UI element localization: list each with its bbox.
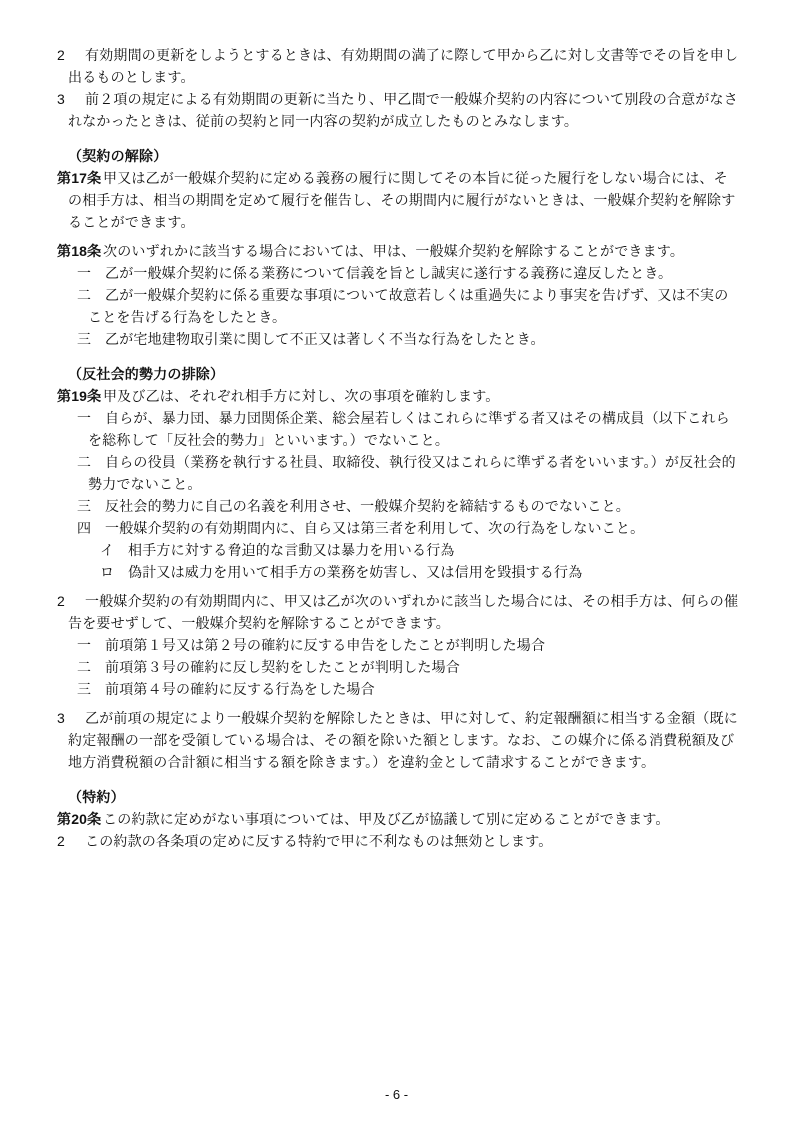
list-marker: イ bbox=[100, 539, 128, 561]
article-clause: 第17条甲又は乙が一般媒介契約に定める義務の履行に関してその本旨に従った履行をし… bbox=[57, 167, 739, 233]
paragraph-text: 自らの役員（業務を執行する社員、取締役、執行役又はこれらに準ずる者をいいます。）… bbox=[88, 454, 736, 492]
list-marker: 二 bbox=[77, 284, 105, 306]
paragraph-text: 有効期間の更新をしようとするときは、有効期間の満了に際して甲から乙に対し文書等で… bbox=[68, 47, 738, 85]
paragraph-text: 次のいずれかに該当する場合においては、甲は、一般媒介契約を解除することができます… bbox=[103, 243, 684, 259]
clause-paragraph: 3前２項の規定による有効期間の更新に当たり、甲乙間で一般媒介契約の内容について別… bbox=[57, 88, 739, 132]
paragraph-text: 反社会的勢力に自己の名義を利用させ、一般媒介契約を締結するものでないこと。 bbox=[105, 498, 630, 514]
list-item: 二前項第３号の確約に反し契約をしたことが判明した場合 bbox=[57, 656, 739, 678]
paragraph-text: （契約の解除） bbox=[68, 148, 167, 164]
paragraph-text: 前項第３号の確約に反し契約をしたことが判明した場合 bbox=[105, 659, 460, 675]
list-marker: 三 bbox=[77, 328, 105, 350]
list-marker: ロ bbox=[100, 561, 128, 583]
article-clause: 第18条次のいずれかに該当する場合においては、甲は、一般媒介契約を解除することが… bbox=[57, 240, 739, 262]
list-marker: 一 bbox=[77, 262, 105, 284]
paragraph-text: 甲又は乙が一般媒介契約に定める義務の履行に関してその本旨に従った履行をしない場合… bbox=[68, 170, 735, 230]
sub-list-item: イ相手方に対する脅迫的な言動又は暴力を用いる行為 bbox=[57, 539, 739, 561]
list-item: 一前項第１号又は第２号の確約に反する申告をしたことが判明した場合 bbox=[57, 634, 739, 656]
list-item: 二乙が一般媒介契約に係る重要な事項について故意若しくは重過失により事実を告げず、… bbox=[57, 284, 739, 328]
clause-paragraph: 2この約款の各条項の定めに反する特約で甲に不利なものは無効とします。 bbox=[57, 830, 739, 852]
document-page: 2有効期間の更新をしようとするときは、有効期間の満了に際して甲から乙に対し文書等… bbox=[0, 0, 793, 1123]
list-marker: 三 bbox=[77, 678, 105, 700]
list-marker: 二 bbox=[77, 451, 105, 473]
paragraph-text: 乙が一般媒介契約に係る重要な事項について故意若しくは重過失により事実を告げず、又… bbox=[88, 287, 728, 325]
list-marker: 第17条 bbox=[57, 167, 103, 189]
article-clause: 第19条甲及び乙は、それぞれ相手方に対し、次の事項を確約します。 bbox=[57, 385, 739, 407]
paragraph-text: 乙が前項の規定により一般媒介契約を解除したときは、甲に対して、約定報酬額に相当す… bbox=[68, 710, 738, 770]
list-marker: 四 bbox=[77, 517, 105, 539]
list-marker: 一 bbox=[77, 407, 105, 429]
list-marker: 2 bbox=[57, 590, 85, 612]
section-heading: （反社会的勢力の排除） bbox=[57, 363, 739, 385]
paragraph-text: この約款の各条項の定めに反する特約で甲に不利なものは無効とします。 bbox=[85, 833, 552, 849]
list-item: 一乙が一般媒介契約に係る業務について信義を旨とし誠実に遂行する義務に違反したとき… bbox=[57, 262, 739, 284]
paragraph-text: （特約） bbox=[68, 789, 125, 805]
list-marker: 第19条 bbox=[57, 385, 103, 407]
list-item: 四一般媒介契約の有効期間内に、自ら又は第三者を利用して、次の行為をしないこと。 bbox=[57, 517, 739, 539]
list-marker: 3 bbox=[57, 88, 85, 110]
list-marker: 二 bbox=[77, 656, 105, 678]
paragraph-text: （反社会的勢力の排除） bbox=[68, 366, 224, 382]
list-marker: 第20条 bbox=[57, 808, 103, 830]
paragraph-text: 甲及び乙は、それぞれ相手方に対し、次の事項を確約します。 bbox=[103, 388, 499, 404]
paragraph-text: この約款に定めがない事項については、甲及び乙が協議して別に定めることができます。 bbox=[103, 811, 670, 827]
list-marker: 第18条 bbox=[57, 240, 103, 262]
list-item: 一自らが、暴力団、暴力団関係企業、総会屋若しくはこれらに準ずる者又はその構成員（… bbox=[57, 407, 739, 451]
list-marker: 三 bbox=[77, 495, 105, 517]
paragraph-text: 自らが、暴力団、暴力団関係企業、総会屋若しくはこれらに準ずる者又はその構成員（以… bbox=[88, 410, 730, 448]
paragraph-text: 乙が一般媒介契約に係る業務について信義を旨とし誠実に遂行する義務に違反したとき。 bbox=[105, 265, 672, 281]
paragraph-text: 一般媒介契約の有効期間内に、甲又は乙が次のいずれかに該当した場合には、その相手方… bbox=[68, 593, 738, 631]
section-heading: （契約の解除） bbox=[57, 145, 739, 167]
paragraph-text: 前項第４号の確約に反する行為をした場合 bbox=[105, 681, 375, 697]
list-item: 三前項第４号の確約に反する行為をした場合 bbox=[57, 678, 739, 700]
clause-paragraph: 2一般媒介契約の有効期間内に、甲又は乙が次のいずれかに該当した場合には、その相手… bbox=[57, 590, 739, 634]
clause-paragraph: 2有効期間の更新をしようとするときは、有効期間の満了に際して甲から乙に対し文書等… bbox=[57, 44, 739, 88]
list-marker: 3 bbox=[57, 707, 85, 729]
list-marker: 一 bbox=[77, 634, 105, 656]
paragraph-text: 前２項の規定による有効期間の更新に当たり、甲乙間で一般媒介契約の内容について別段… bbox=[68, 91, 738, 129]
list-marker: 2 bbox=[57, 44, 85, 66]
page-number: - 6 - bbox=[0, 1086, 793, 1104]
clause-paragraph: 3乙が前項の規定により一般媒介契約を解除したときは、甲に対して、約定報酬額に相当… bbox=[57, 707, 739, 773]
paragraph-text: 一般媒介契約の有効期間内に、自ら又は第三者を利用して、次の行為をしないこと。 bbox=[105, 520, 644, 536]
section-heading: （特約） bbox=[57, 786, 739, 808]
list-item: 二自らの役員（業務を執行する社員、取締役、執行役又はこれらに準ずる者をいいます。… bbox=[57, 451, 739, 495]
paragraph-text: 相手方に対する脅迫的な言動又は暴力を用いる行為 bbox=[128, 542, 455, 558]
sub-list-item: ロ偽計又は威力を用いて相手方の業務を妨害し、又は信用を毀損する行為 bbox=[57, 561, 739, 583]
list-item: 三反社会的勢力に自己の名義を利用させ、一般媒介契約を締結するものでないこと。 bbox=[57, 495, 739, 517]
paragraph-text: 偽計又は威力を用いて相手方の業務を妨害し、又は信用を毀損する行為 bbox=[128, 564, 582, 580]
paragraph-text: 乙が宅地建物取引業に関して不正又は著しく不当な行為をしたとき。 bbox=[105, 331, 545, 347]
paragraph-text: 前項第１号又は第２号の確約に反する申告をしたことが判明した場合 bbox=[105, 637, 545, 653]
contract-clauses-body: 2有効期間の更新をしようとするときは、有効期間の満了に際して甲から乙に対し文書等… bbox=[57, 44, 739, 852]
list-marker: 2 bbox=[57, 830, 85, 852]
list-item: 三乙が宅地建物取引業に関して不正又は著しく不当な行為をしたとき。 bbox=[57, 328, 739, 350]
article-clause: 第20条この約款に定めがない事項については、甲及び乙が協議して別に定めることがで… bbox=[57, 808, 739, 830]
